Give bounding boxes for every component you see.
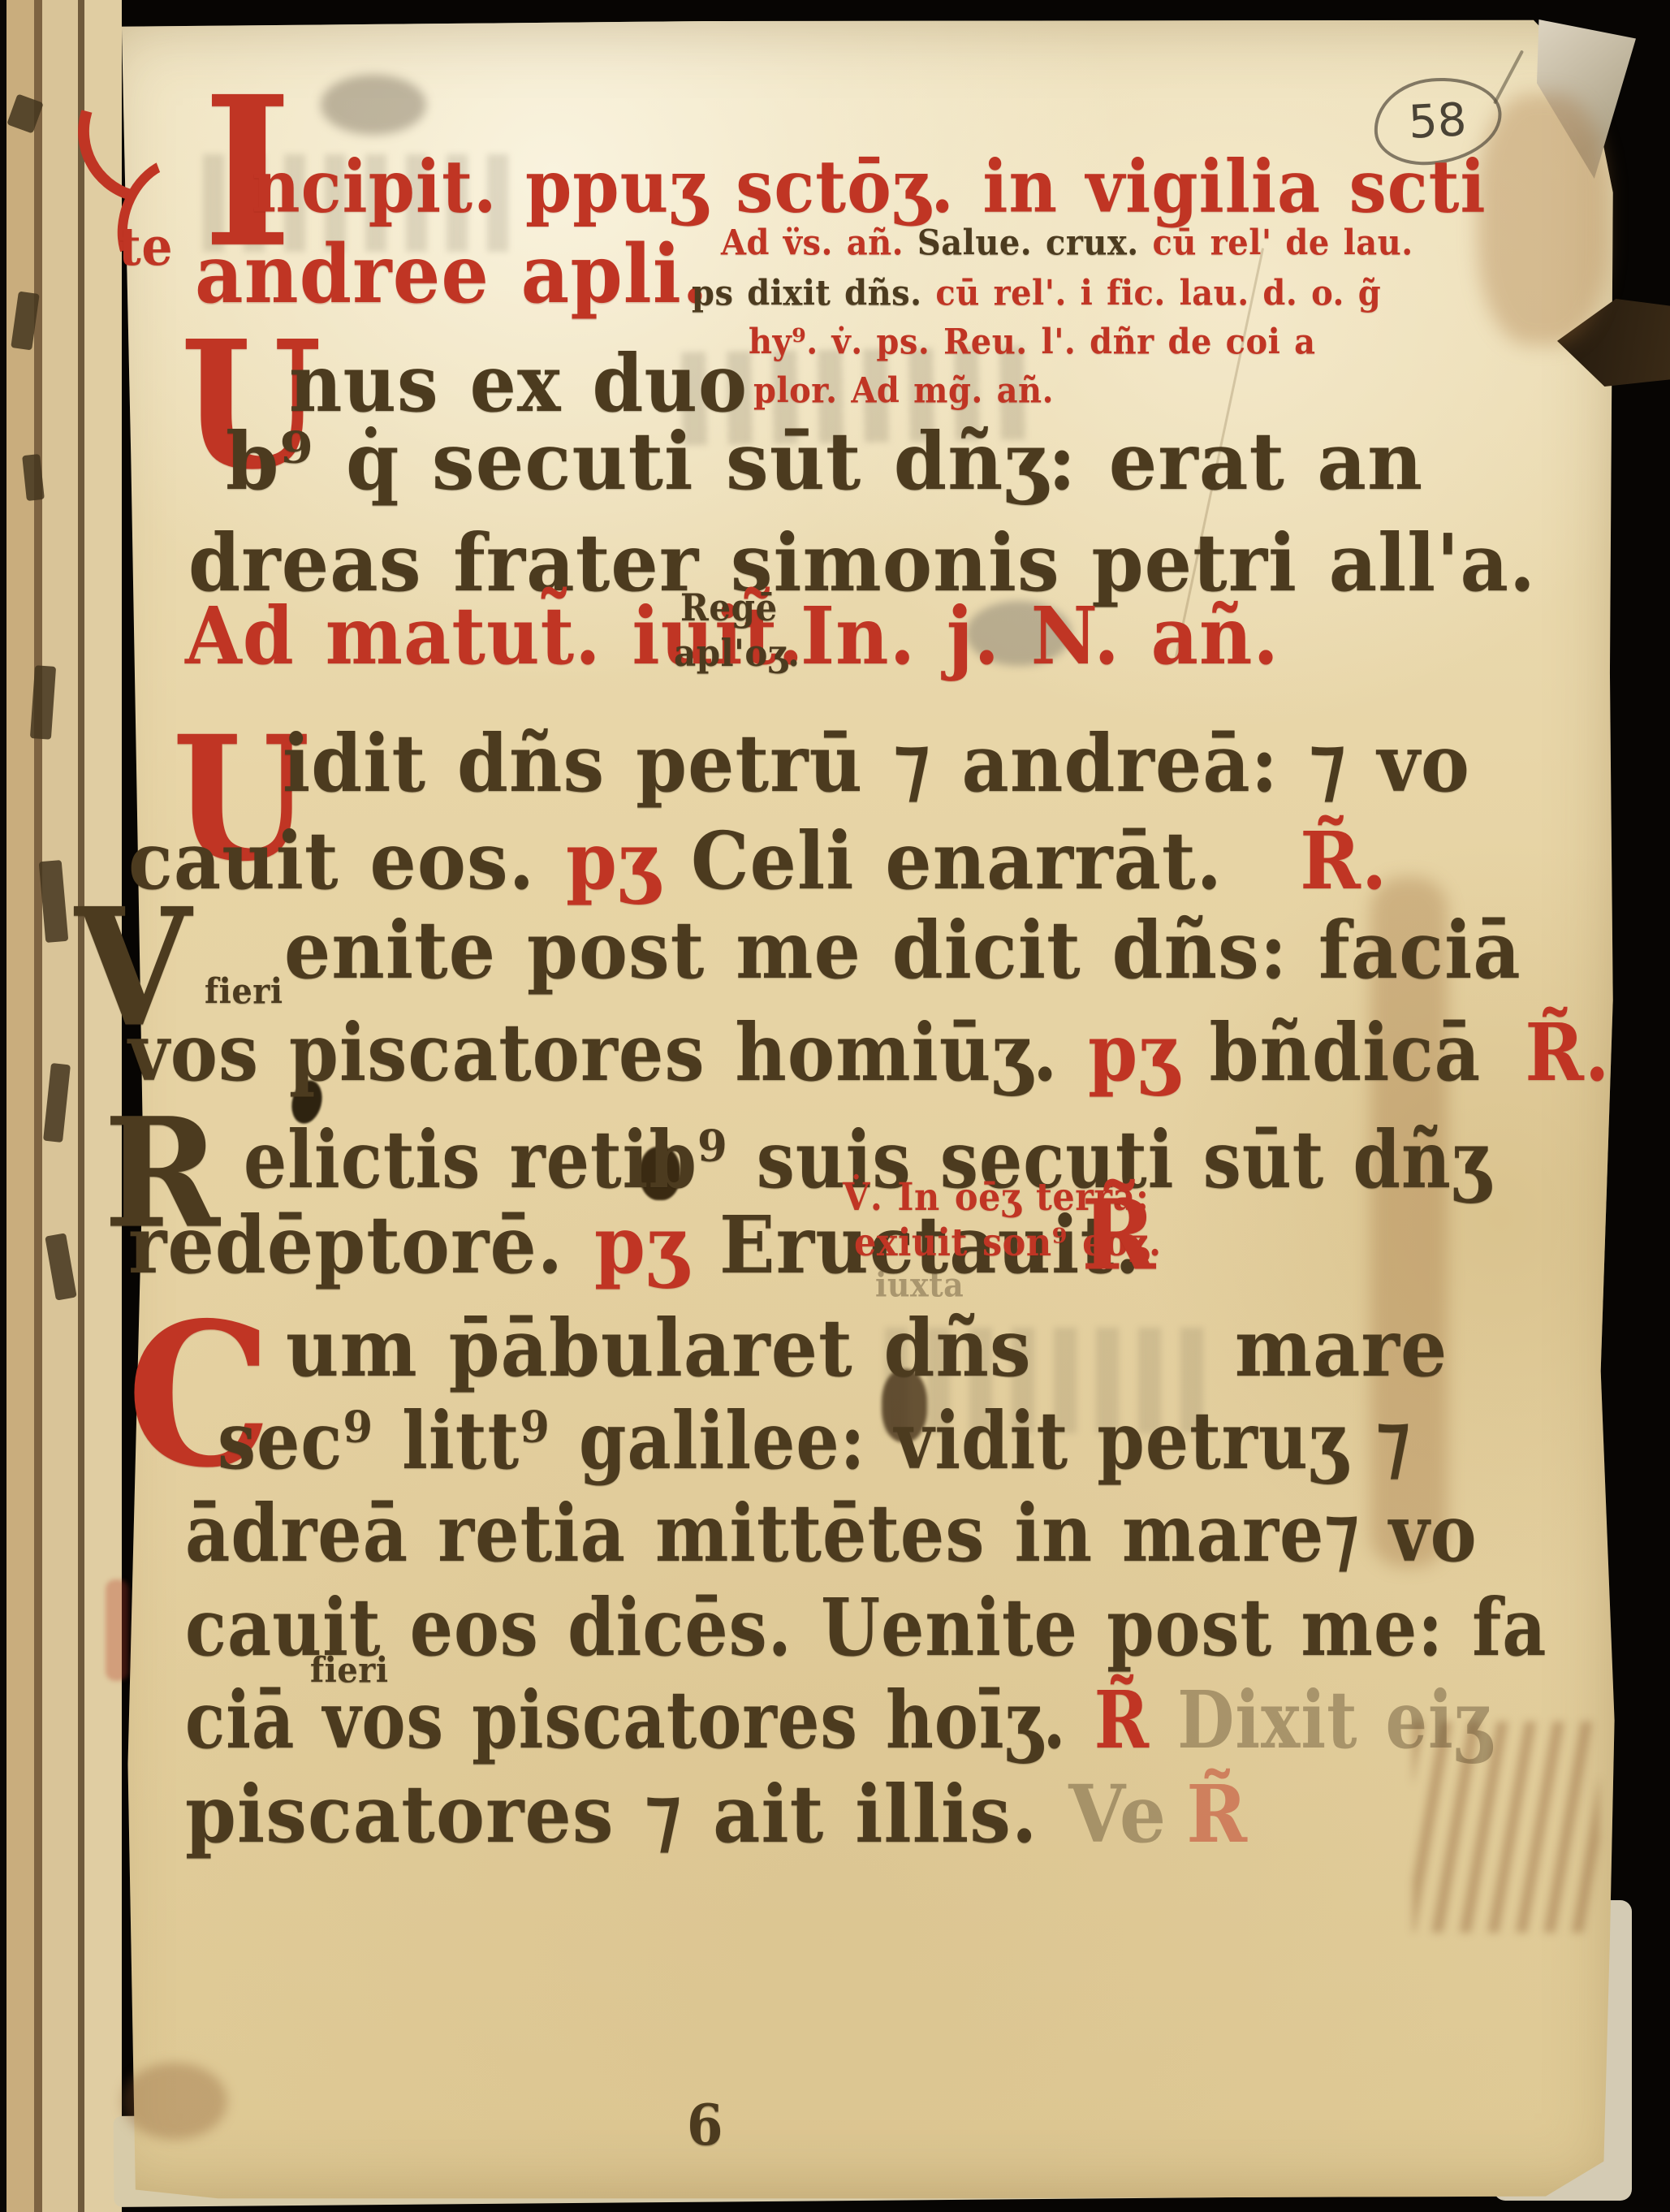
line-venite: enite post me dicit dñs: faciā [284,911,1521,990]
text-segment: ps dixit dñs. [692,273,935,314]
title-line-1: ncipit. ppuʒ sctōʒ. in vigilia scti [252,151,1487,223]
text-segment: te [119,217,173,279]
edge-letter-fragment [43,1063,71,1143]
antiphon-unus: nus ex duo [289,344,748,423]
line-cum: um p̄ābularet dñsmare [286,1309,1448,1388]
line-cauit: cauit eos. pʒ Celi enarrāt.R̃. [128,822,1387,901]
bottom-ink-mark: 6 [687,2098,723,2154]
text-segment: mare [1235,1309,1448,1388]
text-segment: R̃ [1186,1775,1248,1854]
text-segment: R̃ [1094,1674,1177,1766]
text-segment: R̃. [1300,822,1387,901]
line-piscatores-ait: piscatores ⁊ ait illis. Ve R̃ [185,1775,1248,1854]
line-adrea: ādreā retia mittētes in mare⁊ vo [185,1494,1478,1573]
text-segment: b⁹ q̇ secuti sūt dñʒ: erat an [226,415,1423,508]
text-segment: Ad v̈s. añ. [721,222,917,264]
margin-note-te: te [119,221,173,274]
folio-number: 58 [1408,93,1469,149]
line-secus: sec⁹ litt⁹ galilee: vidit petruʒ ⁊ [218,1402,1411,1480]
interlinear-rege: Regē [680,590,778,626]
text-segment: In. j. N. añ. [800,590,1279,682]
text-segment: ādreā retia mittētes in mare⁊ vo [185,1487,1478,1579]
text-segment: pʒ [1088,1006,1209,1099]
text-segment: 6 [687,2093,723,2159]
text-segment: ncipit. ppuʒ sctōʒ. in vigilia scti [252,145,1487,229]
text-segment: sec⁹ litt⁹ galilee: vidit petruʒ ⁊ [218,1394,1411,1487]
edge-letter-fragment [22,454,45,501]
text-segment: hy⁹. v̇. ps. Reu. l'. dñr de coi a [749,322,1316,363]
text-segment: um p̄ābularet dñs [286,1302,1032,1394]
interlinear-iuxta: iuxta [875,1268,964,1302]
edge-letter-fragment [6,93,44,133]
text-segment: redēptorē. [128,1199,594,1291]
text-segment: lau. d. o. g̃ [1180,273,1382,314]
text-segment: Dixit eiʒ [1177,1674,1492,1766]
text-segment: iuxta [875,1265,964,1305]
text-segment: Ve [1068,1768,1167,1860]
text-segment: pʒ [566,814,691,907]
text-segment: cū rel'. i fic. [935,273,1179,314]
text-segment: R̃. [1525,1013,1610,1092]
text-segment: piscatores ⁊ ait illis. [185,1768,1068,1860]
line-cauit-eos: cauit eos dicēs. Uenite post me: fa [185,1588,1547,1667]
manuscript-photo: 58 Incipit. ppuʒ sctōʒ. in vigilia sctit… [0,0,1670,2212]
text-segment: Regē [680,586,778,629]
text-segment: cauit eos. [128,814,566,907]
response-ornament: R̃ [1081,1187,1157,1284]
edge-letter-fragment [45,1233,76,1300]
text-segment: idit dñs petrū ⁊ andreā: ⁊ vo [283,717,1470,810]
text-segment: cauit eos dicēs. Uenite post me: fa [185,1581,1547,1674]
text-segment: enite post me dicit dñs: faciā [284,904,1521,996]
rubric-nocturn: In. j. N. añ. [800,597,1279,676]
line-ciam: ciā vos piscatores hoīʒ. R̃ Dixit eiʒ [185,1681,1492,1760]
text-segment: R̃ [1081,1178,1157,1291]
rubric-line-3: hy⁹. v̇. ps. Reu. l'. dñr de coi a [749,325,1316,360]
text-segment: apl'oʒ. [674,632,800,675]
rubric-line-2: ps dixit dñs. cū rel'. i fic. lau. d. o.… [692,276,1381,311]
text-segment: bñdicā [1209,1006,1510,1099]
interlinear-fieri-1: fieri [205,974,283,1009]
text-segment: pʒ [594,1199,719,1291]
edge-letter-fragment [11,292,39,351]
interlinear-aplor: apl'oʒ. [674,635,800,672]
text-segment: plor. Ad mg̃. añ. [753,370,1054,412]
edge-letter-fragment [39,860,69,943]
rubric-line-4: plor. Ad mg̃. añ. [753,374,1054,408]
line-ubus: b⁹ q̇ secuti sūt dñʒ: erat an [226,422,1423,501]
text-segment: Celi enarrāt. [691,814,1223,907]
rubric-line-1: Ad v̈s. añ. Salue. crux. cū rel' de lau. [721,226,1413,261]
text-segment: cū rel' de lau. [1153,222,1413,264]
edge-letter-fragment [30,665,56,740]
text-segment: ciā vos piscatores hoīʒ. [185,1674,1094,1766]
line-vos-piscatores: vos piscatores homiūʒ. pʒ bñdicā R̃. [128,1013,1610,1092]
text-segment: Salue. crux. [917,222,1153,264]
text-segment: vos piscatores homiūʒ. [128,1006,1088,1099]
line-vidit: idit dñs petrū ⁊ andreā: ⁊ vo [283,724,1470,803]
